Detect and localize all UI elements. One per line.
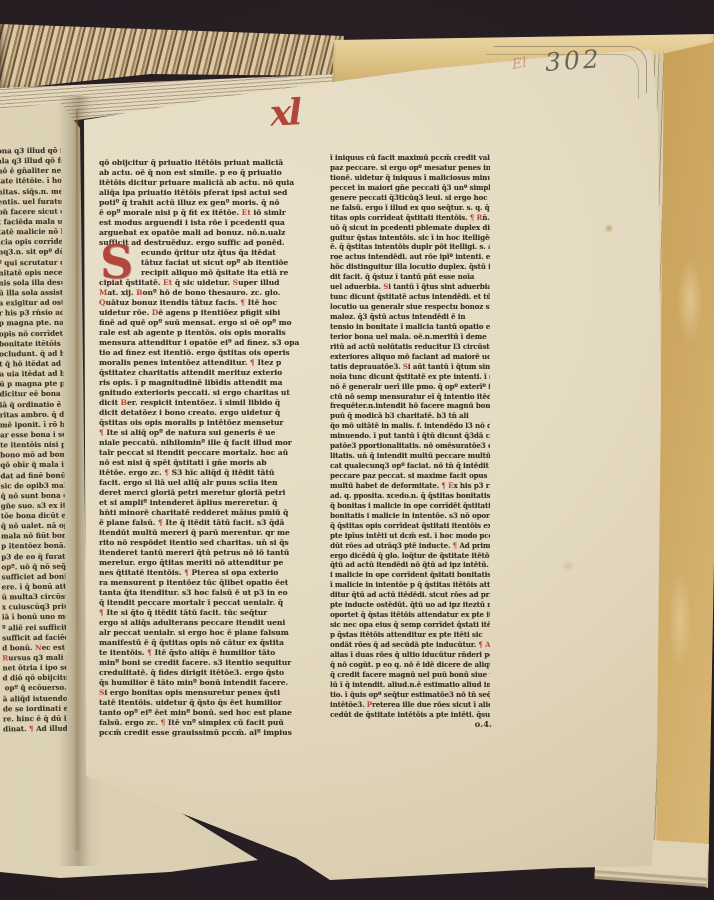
- text-line: iā q̄ ordinatio ē bo: [0, 399, 64, 410]
- rubric-mark: R: [2, 653, 8, 662]
- text-line: peccare paz peccat. si maxime facit opus…: [330, 471, 490, 481]
- text-line: bonitate itētōis put: [0, 338, 63, 349]
- text-line: º qui scrutatur corda: [0, 257, 62, 268]
- text-line: uō q̄ sicut in pcedenti pblemate duplex …: [330, 223, 490, 233]
- text-line: t faciēda mala ut ne: [0, 217, 62, 228]
- text-line: ¶ Ite si q̄to q̄ itēdit tātū facit. tūc …: [99, 608, 315, 618]
- text-line: itētōe. ergo zc. ¶ S3 hīc aliq̄d q̄ itēd…: [99, 468, 315, 478]
- photo-stage: ona q3 illud qō finaala q3 illud qō fina…: [0, 0, 714, 900]
- rubric-mark: S: [403, 362, 408, 371]
- text-line: ritū ad actū uolūtatis reducitur l3 circ…: [330, 342, 490, 352]
- text-line: exteriores aliquo mō faciant ad maiorē u…: [330, 352, 490, 362]
- text-line: gn̄e suo. s3 ex itē: [1, 501, 65, 512]
- text-line: guitur q̄stas intentōis. sic ī in hoc it…: [330, 233, 490, 243]
- text-line: mensura attenditur i opatōe eiº ad finez…: [99, 338, 315, 348]
- text-line: tensio in bonitate ī malicia tantū opati…: [330, 322, 490, 332]
- text-line: ditur q̄tū ad actū itēdēdi. sicut rōes a…: [330, 590, 490, 600]
- text-line: ergo si aliq̄s adulterans peccare itendi…: [99, 618, 315, 628]
- text-line: ¶ Ite si aliq̄ opº de natura sui generis…: [99, 428, 315, 438]
- text-line: nq3.n. sit opº dū faci: [0, 247, 62, 258]
- text-line: bonitatis i malicie in intentōe. s3 nō o…: [330, 511, 490, 521]
- text-line: i malicie in ope corrīdent q̄sitati boni…: [330, 570, 490, 580]
- text-line: dat ad finē bonū. ī: [0, 470, 64, 481]
- text-line: d bonū. Nec est ibi: [2, 643, 66, 654]
- text-line: uidetur rōe. Dē agens p itentiōez pfigit…: [99, 308, 315, 318]
- text-line: ne falsū. ergo ī illud ex quo seq̄tur. s…: [330, 203, 490, 213]
- text-line: q̄ nō ualet. nā opa: [1, 521, 65, 532]
- text-line: q̄ bonitas i malicie in ope corrīdēt q̄s…: [330, 501, 490, 511]
- text-line: est modus arguendi i ista rōe ī pcedenti…: [99, 218, 315, 228]
- text-line: p q̄stas itētōis attenditur ex pte itēti…: [330, 630, 490, 640]
- rubric-mark: D: [152, 308, 159, 317]
- rubric-mark: ¶: [184, 568, 189, 577]
- text-line: ona q3 illud qō fina: [0, 146, 61, 157]
- text-line: intētōe3. Preterea ille due rōes sicut ī…: [330, 700, 490, 710]
- text-line: te itentōis nisi p q̄: [0, 440, 64, 451]
- text-line: a uia itēdat ad bonā: [0, 369, 63, 380]
- rubric-mark: ¶: [99, 608, 104, 617]
- text-line: tatis deprauatōe3. Si aūt tantū ī q̄tum …: [330, 362, 490, 372]
- text-line: dicit detatōez i bono creato. ergo uidet…: [99, 408, 315, 418]
- text-line: q̄ nō sunt bona ex: [1, 490, 65, 501]
- text-line: q̄ q̄stitas opis corrīdeat q̄stitati ite…: [330, 521, 490, 531]
- paper-stain: [560, 560, 576, 572]
- text-line: mē iponit. ī rō ba ī: [0, 419, 64, 430]
- text-line: te itentōis. ¶ Itē q̄sto aliq̄s ē humili…: [99, 648, 315, 658]
- rubric-mark: ¶: [158, 518, 163, 527]
- text-line: opº. uō q̄ nō seq̄t: [1, 561, 65, 572]
- text-line: manifestū ē q̄ q̄stitas opis nō cātur ex…: [99, 638, 315, 648]
- text-line: pte ipīus intēti ut dcm̄ est. ī hoc modo…: [330, 531, 490, 541]
- text-line: multū habet de deformitate. ¶ Ex his p3 …: [330, 481, 490, 491]
- text-line: maloz. q̄3 q̄stū actus intendēdi ē in: [330, 312, 490, 322]
- text-line: itenderet tantū mereri q̄tū petrus nō iō…: [99, 548, 315, 558]
- text-line: minuendo. ī put tantū ī q̄tū dicunt q̄3d…: [330, 431, 490, 441]
- text-line: tatē malicie nō b3 in: [0, 227, 62, 238]
- text-line: ū multa3 circūstan: [2, 592, 66, 603]
- text-line: genere peccati q̄3ticūq3 leui. si ergo h…: [330, 193, 490, 203]
- text-line: finē ad quē opº suū mensat. ergo si oē o…: [99, 318, 315, 328]
- text-line: t q̄ hō itēdat ad bo: [0, 359, 63, 370]
- text-line: roe actus intendēdi. aut rōe ipīº intent…: [330, 252, 490, 262]
- text-line: tatē itentōis. uidetur q̄ q̄sto q̄s ēet …: [99, 698, 315, 708]
- text-line: ala q3 illud qō finale: [0, 156, 61, 167]
- rubric-mark: ¶: [99, 428, 104, 437]
- rubric-mark: N: [35, 643, 42, 652]
- text-line: d diō qō obijcitur: [2, 673, 66, 684]
- rubric-mark: ¶: [164, 468, 169, 477]
- rubric-mark: M: [99, 288, 107, 297]
- text-line: iā ī bonū uno mō.: [2, 612, 66, 623]
- text-line: Rursus q3 mali ē: [2, 653, 66, 664]
- text-line: cedūt de q̄stitate intētōis a pte intēti…: [330, 710, 490, 720]
- text-line: qō obijcitur q̄ priuatio itētōis priuat …: [99, 158, 315, 168]
- text-line: hn̄ti minorē charitatē redderet māius pm…: [99, 508, 315, 518]
- text-line: ere. ī q̄ bonū attē: [1, 582, 65, 593]
- rubric-mark: S: [233, 278, 238, 287]
- text-line: credulitatē. q̄ fides dirigit itētōe3. e…: [99, 668, 315, 678]
- text-line: ar esse bona i se nec: [0, 430, 64, 441]
- text-line: nō ē gn̄aliter ne3 gº: [0, 166, 61, 177]
- text-line: nis sola illa desuite: [0, 278, 62, 289]
- rubric-mark: S: [99, 688, 104, 697]
- text-line: q̄tū ad actū itendēdi nō q̄tū ad ipz int…: [330, 560, 490, 570]
- text-line: q̄stitas ois opis moralis p intētōez men…: [99, 418, 315, 428]
- text-line: tanto opº eiº ēet minº bonū. sed hoc est…: [99, 708, 315, 718]
- quire-signature: o.4.: [430, 720, 492, 730]
- rubric-mark: Q: [99, 298, 106, 307]
- text-line: niale peccatū. nihilominº ille q̄ facit …: [99, 438, 315, 448]
- text-line: deret merci gloriā petri meretur gloriā …: [99, 488, 315, 498]
- rubric-mark: ¶ A: [478, 640, 490, 649]
- rubric-mark: ¶: [29, 724, 34, 733]
- text-line: alias ī duas rōes q̄ ultio iducūtur rn̄d…: [330, 650, 490, 660]
- text-line: ē. q̄ q̄stitas intentōis duplr pōt itell…: [330, 242, 490, 252]
- text-line: Quātuz bonuz itendis tātuz facis. ¶ Itē …: [99, 298, 315, 308]
- text-line: noīa tunc dicunt q̄stitatē ex pte intent…: [330, 372, 490, 382]
- text-line: ī malicie in intentōe p q̄ q̄stitas itēt…: [330, 580, 490, 590]
- gutter-crease-line: [76, 110, 78, 850]
- text-line: q̄ itendit peccare mortalr ī peccat ueni…: [99, 598, 315, 608]
- text-line: q̄stitatez charitatis attendit merituz e…: [99, 368, 315, 378]
- red-ink-annotation: El: [511, 55, 528, 73]
- text-line: meretur. ergo q̄titas meriti nō attendit…: [99, 558, 315, 568]
- text-line: tio. ī q̄uis opº seq̄tur estimatōe3 nō t…: [330, 690, 490, 700]
- text-line: ad. q. pposita. xcedo.n. q̄ q̄stitas bon…: [330, 491, 490, 501]
- text-line: ris opis. ī p magnitudinē libīdis attend…: [99, 378, 315, 388]
- text-line: mala nō fiūt bona: [1, 531, 65, 542]
- text-line: Si ergo bonitas opis mensuretur penes q̄…: [99, 688, 315, 698]
- text-line: nes q̄titatē itentōis. ¶ Pterea si opa e…: [99, 568, 315, 578]
- rubric-mark: S: [383, 282, 388, 291]
- text-line: facit. ergo si liā uel aliq̄ alr puus sc…: [99, 478, 315, 488]
- text-line: frequēter.n.intendit hō facere magnū bon…: [330, 401, 490, 411]
- rubric-mark: ¶: [250, 358, 255, 367]
- text-line: ē plane falsū. ¶ Ite q̄ itēdit tātū faci…: [99, 518, 315, 528]
- rubric-mark: ¶ R: [470, 213, 483, 222]
- paper-stain: [604, 224, 614, 233]
- rubric-mark: ¶: [147, 648, 152, 657]
- text-line: alr peccat uenialr. si ergo hoc ē plane …: [99, 628, 315, 638]
- text-line: itētōis dicitur priuare maliciā ab actu.…: [99, 178, 315, 188]
- text-line: ritas ambro. q̄ dici: [0, 409, 64, 420]
- text-line: hōc distinguitur illa locutio duplex. q̄…: [330, 262, 490, 272]
- rubric-mark: Et: [242, 208, 251, 217]
- text-line: Mat. xij. Bonº hō de bono thesauro. zc. …: [99, 288, 315, 298]
- text-line: q̄o mō uitātē in malis. f. intendēdo l3 …: [330, 421, 490, 431]
- text-line: ergo dicēdū q̄ glo. loq̄tur de q̄stitate…: [330, 551, 490, 561]
- text-line: dūt rōes ad utrāq3 ptē inducte. ¶ Ad pri…: [330, 541, 490, 551]
- text-line: x cuiuscūq3 priua: [2, 602, 66, 613]
- rubric-mark: Et: [163, 278, 172, 287]
- text-line: nō ē generalr uerī ille pmo. q̄ opº exte…: [330, 382, 490, 392]
- text-line: opis nō corrīdet bo: [0, 328, 63, 339]
- text-line: qō obīr q̄ mala itē: [0, 460, 64, 471]
- text-line: ū p magna pte pte: [0, 379, 63, 390]
- text-line: puū q̄ modicā b3 charitatē. b3 tn̄ ali: [330, 411, 490, 421]
- text-line: locutio ua generalr siue respectu bonoz …: [330, 302, 490, 312]
- text-line: ondāt rōes q̄ ad secūdā pte inducūtur. ¶…: [330, 640, 490, 650]
- text-line: gnitudo exterioris peccati. si ergo char…: [99, 388, 315, 398]
- text-line: q̄s humilior ē tāto minº bonū intendit f…: [99, 678, 315, 688]
- rubric-mark: B: [136, 288, 142, 297]
- text-line: bono mō ad bonus: [0, 450, 64, 461]
- text-line: ū illa sola assistente: [0, 288, 63, 299]
- text-line: tate itētōie. ī hoc di: [0, 176, 61, 187]
- text-line: talr peccat si itendit peccare mortalz. …: [99, 448, 315, 458]
- text-line: cat qualecunq3 opº faciat. nō tn̄ q̄ int…: [330, 461, 490, 471]
- text-line: ē opº morale nisi p q̄ fit ex itētōe. Et…: [99, 208, 315, 218]
- rubric-mark: B: [121, 398, 127, 407]
- text-line: moralis penes intentōez attenditur. ¶ It…: [99, 358, 315, 368]
- chapter-numeral-rubric: xl: [269, 91, 300, 134]
- text-line: p3 de eo q̄ furatur: [1, 551, 65, 562]
- text-line: r his p3 rn̄sio ad. q.: [0, 308, 63, 319]
- text-line: minº boni se credit facere. s3 itentio s…: [99, 658, 315, 668]
- text-line: bn̄ facere sicut dict: [0, 207, 62, 218]
- text-line: rito nō respōdet itentio sed charitas. u…: [99, 538, 315, 548]
- text-line: tionē. uidetur q̄ iniquus ī maliciosus m…: [330, 173, 490, 183]
- text-line: lū ī q̄ intendit. aliud.n.ē estimatio al…: [330, 680, 490, 690]
- text-line: sufficit ad faciēdu3: [2, 632, 66, 643]
- text-line: rale est ab agente p itentōs. ois opis m…: [99, 328, 315, 338]
- text-line: patōe3 pportionalitatis. nō omēsuratōe3 …: [330, 441, 490, 451]
- text-line: falsū. ergo zc. ¶ Itē vnº simplex cū fac…: [99, 718, 315, 728]
- rubric-mark: ¶ E: [441, 481, 453, 490]
- text-line: nitas. siq̄s.n. meritur: [0, 186, 61, 197]
- text-line: ab actu. oē q̄ non est simile. p eo q̄ p…: [99, 168, 315, 178]
- text-line: entis. uel furatur ut: [0, 196, 62, 207]
- text-line: dicitur eē bona non: [0, 389, 64, 400]
- text-line: dicit Ber. respicit intentōez. ī simil l…: [99, 398, 315, 408]
- text-line: nō est nisi q̄ spēt q̄stitati ī gn̄e mor…: [99, 458, 315, 468]
- text-line: sic de opib3 malis: [0, 480, 64, 491]
- text-line: a exigitur ad ostro: [0, 298, 63, 309]
- text-line: ocludunt. q̄ ad hoc: [0, 348, 63, 359]
- text-line: potiº q̄ trahit actū illuz ex genº moris…: [99, 198, 315, 208]
- text-line: litatis. un̄ q̄ intendit multū peccare m…: [330, 451, 490, 461]
- folio-number-handwritten: 302: [544, 44, 603, 77]
- text-line: tanta q̄ta itenditur. s3 hoc falsū ē ut …: [99, 588, 315, 598]
- text-line: icia opis corrīdet iº: [0, 237, 62, 248]
- text-line: uel aduerbia. Si tantū ī q̄tus sint adue…: [330, 282, 490, 292]
- rubric-mark: ¶: [160, 718, 165, 727]
- rubricated-initial: S: [100, 244, 133, 280]
- text-line: pte inducte ostēdūt. q̄tū uo ad ipz itez…: [330, 600, 490, 610]
- text-line: q̄ credit facere magnū uel puū bonū siue…: [330, 670, 490, 680]
- text-line: tio ad finez est itentiō. ergo q̄stitas …: [99, 348, 315, 358]
- text-line: net ōtria i ipo sed: [2, 663, 66, 674]
- text-line: terior bona uel mala. oē.n.meritū ī deme: [330, 332, 490, 342]
- text-line: ctū nō semp mensuratur eī q̄ intentio it…: [330, 392, 490, 402]
- rubric-mark: ¶: [453, 541, 457, 550]
- text-line: sufficiet ad boni. ia: [1, 572, 65, 583]
- text-line: ra mensurent p itentōez tūc q̄libet opat…: [99, 578, 315, 588]
- text-line: dit facit. q̄ q̄stuz ī tantū pn̄t esse n…: [330, 272, 490, 282]
- text-line: nitatē opis necessa: [0, 267, 62, 278]
- text-column-right: ī iniquus cū facit maximū pccm̄ credit v…: [330, 153, 490, 719]
- text-line: titas opis corrīdeat q̄stitati itentōis.…: [330, 213, 490, 223]
- text-line: oportet q̄ q̄stas itētōis attendatur ex …: [330, 610, 490, 620]
- text-line: sic nec opa eius q̄ semp corrīdet q̄stat…: [330, 620, 490, 630]
- text-line: ī iniquus cū facit maximū pccm̄ credit v…: [330, 153, 490, 163]
- text-line: et si ampliº intenderet āplius mereretur…: [99, 498, 315, 508]
- text-line: aliq̄a ipa priuatio itētōis pferat ipsi …: [99, 188, 315, 198]
- rubric-mark: P: [367, 700, 372, 709]
- rubric-mark: ¶: [240, 298, 245, 307]
- text-line: peccet in maiori gn̄e peccati q̄3 unº si…: [330, 183, 490, 193]
- text-line: p magna pte. nam: [0, 318, 63, 329]
- text-line: tunc dicunt q̄stitatē actus intendēdi. e…: [330, 292, 490, 302]
- text-line: paz peccare. si ergo opº mesatur penes i…: [330, 163, 490, 173]
- text-line: pccm̄ credit esse grauissimū pccm̄. alº …: [99, 728, 315, 738]
- text-line: itendūt multū mereri q̄ parū merentur. q…: [99, 528, 315, 538]
- text-line: q̄ nō cogūt. p eo q. nō ē idē dicere de …: [330, 660, 490, 670]
- text-line: p itentōez bonā. ut: [1, 541, 65, 552]
- text-line: º aliē rei sufficit ad: [2, 622, 66, 633]
- text-line: tōe bona dicūt eē: [1, 511, 65, 522]
